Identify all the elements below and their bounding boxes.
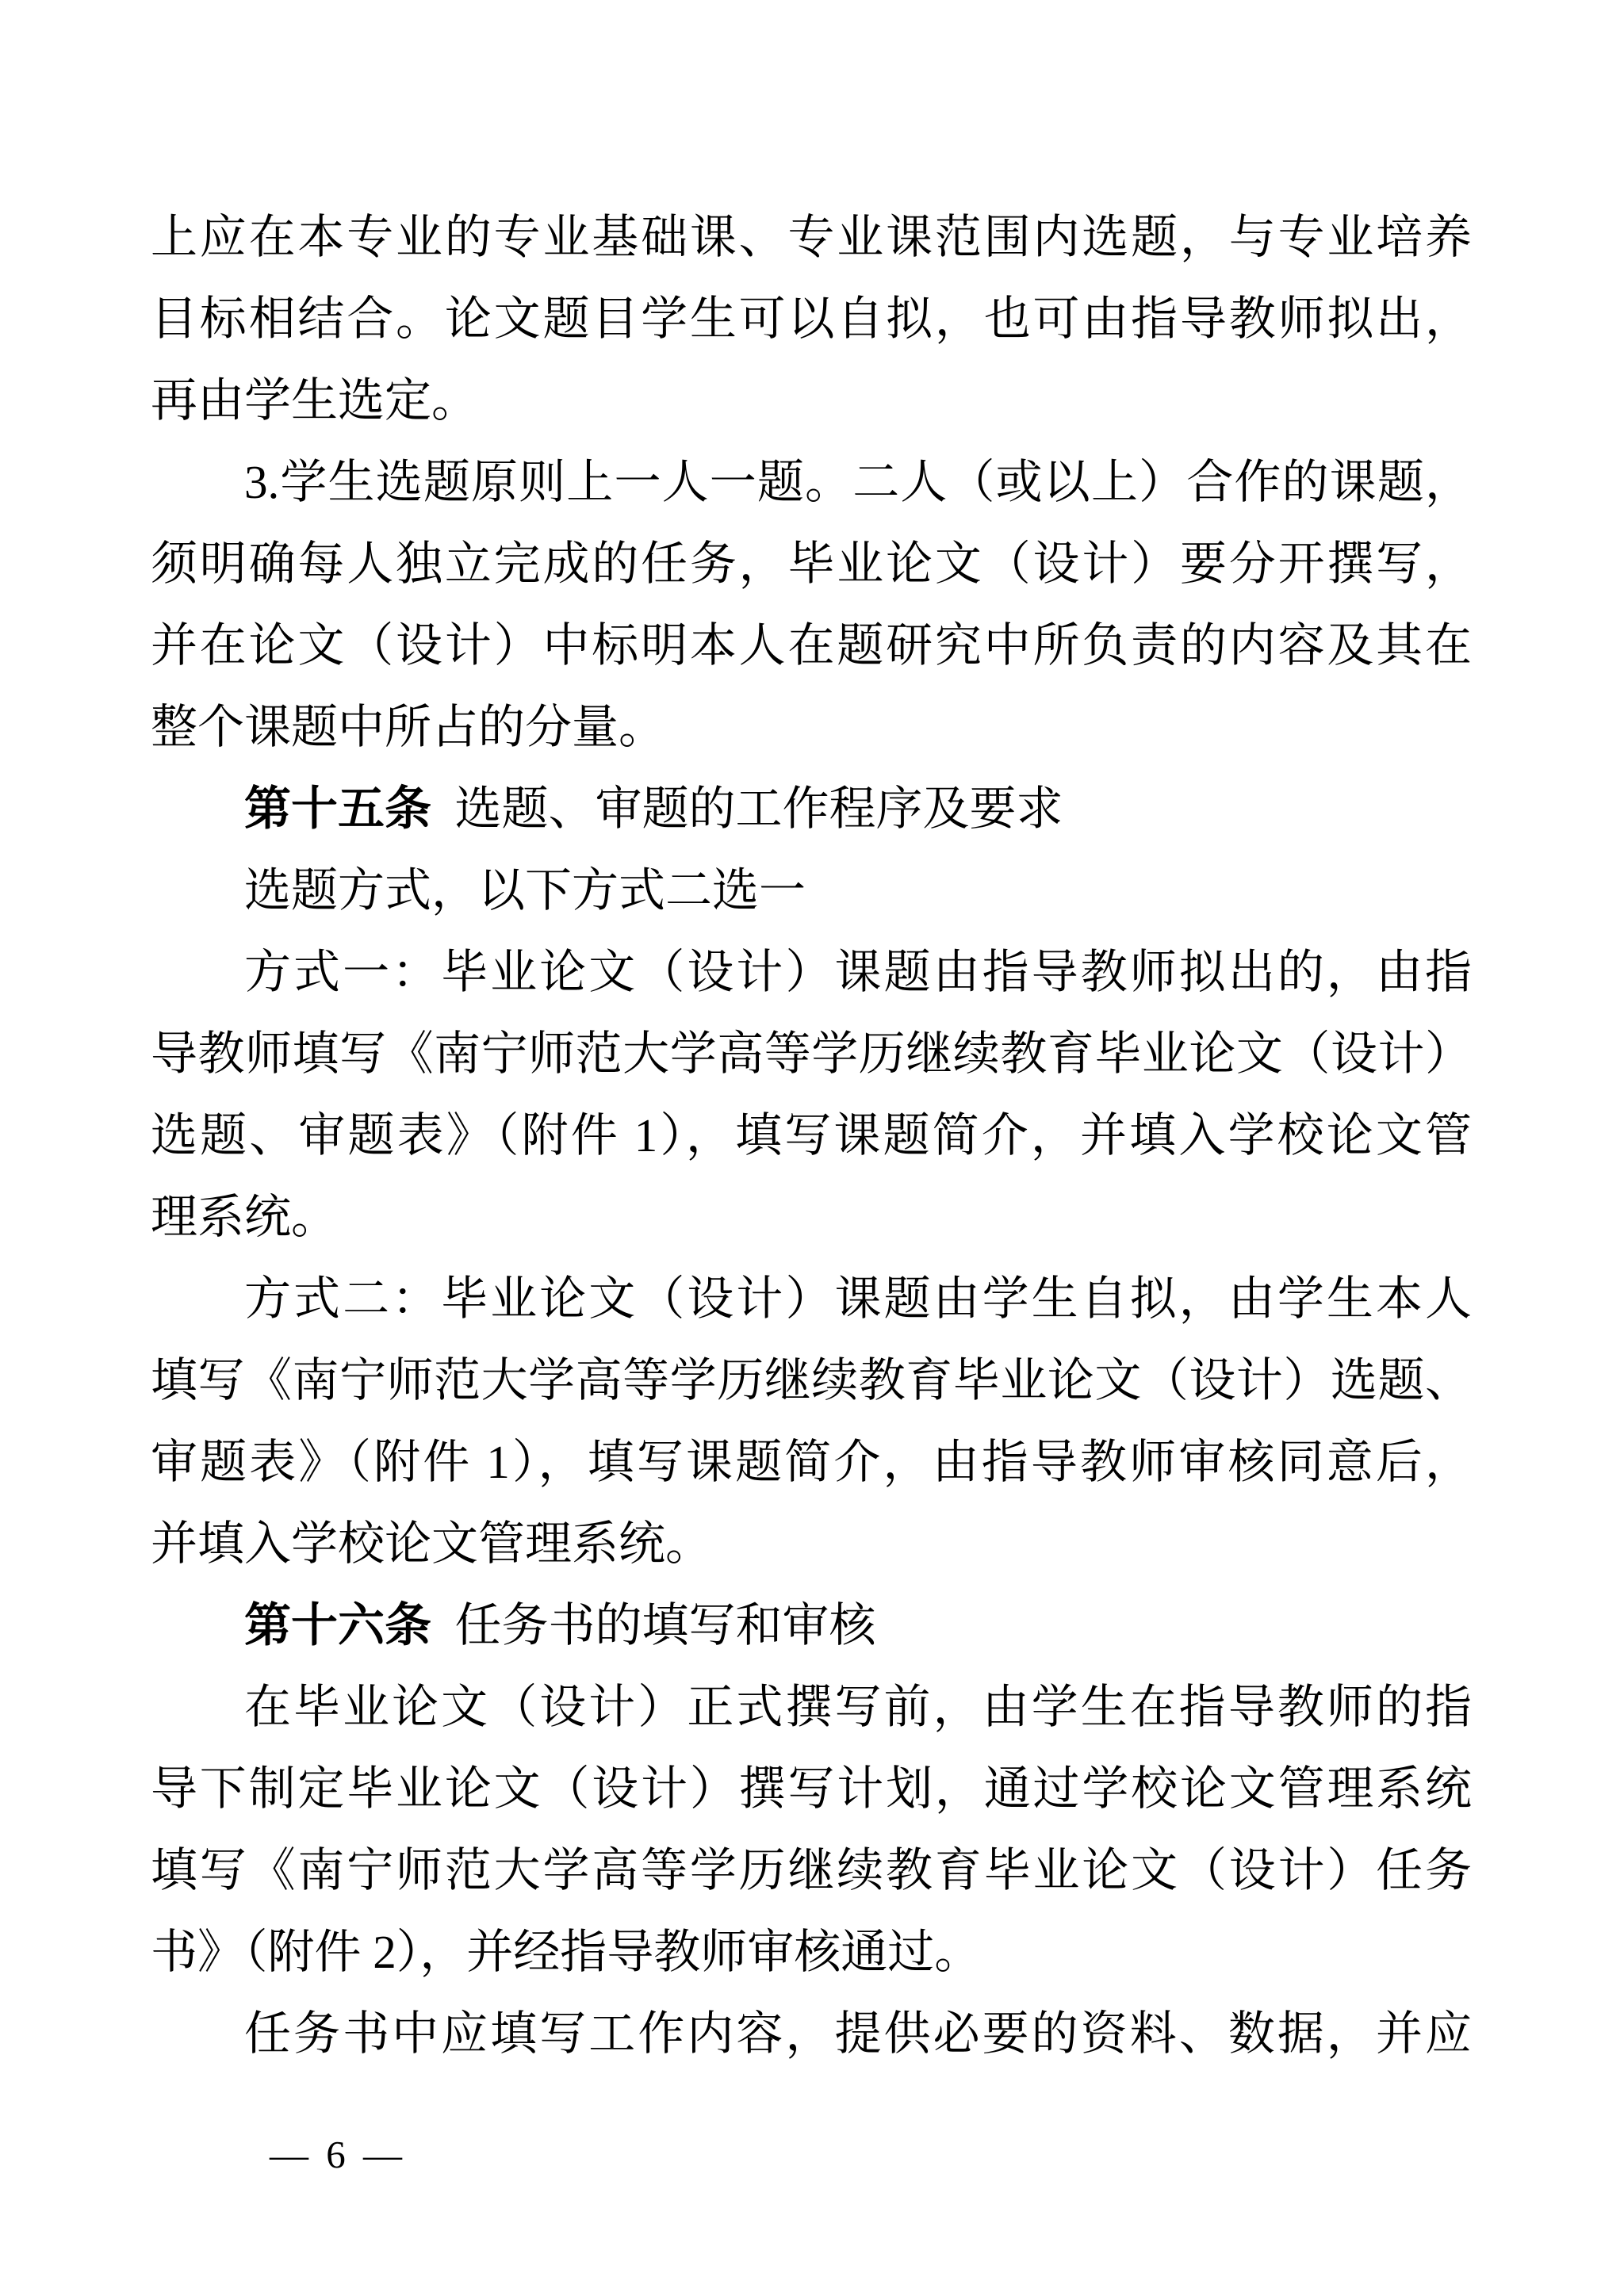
text-line: 方式一：毕业论文（设计）课题由指导教师拟出的，由指 bbox=[151, 932, 1472, 1013]
text-line: 上应在本专业的专业基础课、专业课范围内选题，与专业培养 bbox=[151, 197, 1472, 278]
text-line: 并填入学校论文管理系统。 bbox=[151, 1503, 1472, 1585]
text-line: 选题方式，以下方式二选一 bbox=[151, 850, 1472, 932]
line-text: 上应在本专业的专业基础课、专业课范围内选题，与专业培养 bbox=[151, 211, 1472, 263]
line-text: 书》（附件 2），并经指导教师审核通过。 bbox=[151, 1926, 981, 1978]
text-block: 上应在本专业的专业基础课、专业课范围内选题，与专业培养 目标相结合。论文题目学生… bbox=[151, 197, 1472, 2075]
section-heading-16: 第十六条任务书的填写和审核 bbox=[151, 1585, 1472, 1667]
line-text: 填写《南宁师范大学高等学历继续教育毕业论文（设计）选题、 bbox=[151, 1354, 1472, 1406]
line-text: 在毕业论文（设计）正式撰写前，由学生在指导教师的指 bbox=[244, 1681, 1472, 1733]
line-text: 方式一：毕业论文（设计）课题由指导教师拟出的，由指 bbox=[244, 946, 1472, 998]
text-line: 目标相结合。论文题目学生可以自拟，也可由指导教师拟出， bbox=[151, 278, 1472, 360]
line-text: 并填入学校论文管理系统。 bbox=[151, 1517, 712, 1570]
heading-number: 第十六条 bbox=[244, 1599, 431, 1651]
text-line: 导教师填写《南宁师范大学高等学历继续教育毕业论文（设计） bbox=[151, 1013, 1472, 1095]
heading-number: 第十五条 bbox=[244, 783, 431, 835]
text-line: 理系统。 bbox=[151, 1177, 1472, 1258]
text-line: 导下制定毕业论文（设计）撰写计划，通过学校论文管理系统 bbox=[151, 1748, 1472, 1830]
text-line: 填写《南宁师范大学高等学历继续教育毕业论文（设计）选题、 bbox=[151, 1340, 1472, 1422]
text-line: 书》（附件 2），并经指导教师审核通过。 bbox=[151, 1911, 1472, 1993]
line-text: 目标相结合。论文题目学生可以自拟，也可由指导教师拟出， bbox=[151, 293, 1472, 345]
text-line: 再由学生选定。 bbox=[151, 360, 1472, 442]
text-line: 填写《南宁师范大学高等学历继续教育毕业论文（设计）任务 bbox=[151, 1830, 1472, 1911]
line-text: 整个课题中所占的分量。 bbox=[151, 701, 665, 753]
line-text: 3.学生选题原则上一人一题。二人（或以上）合作的课题， bbox=[244, 456, 1472, 508]
text-line: 任务书中应填写工作内容，提供必要的资料、数据，并应 bbox=[151, 1993, 1472, 2075]
text-line: 并在论文（设计）中标明本人在题研究中所负责的内容及其在 bbox=[151, 605, 1472, 687]
text-line: 须明确每人独立完成的任务，毕业论文（设计）要分开撰写， bbox=[151, 523, 1472, 605]
text-line: 选题、审题表》（附件 1），填写课题简介，并填入学校论文管 bbox=[151, 1095, 1472, 1177]
text-line: 方式二：毕业论文（设计）课题由学生自拟，由学生本人 bbox=[151, 1258, 1472, 1340]
line-text: 方式二：毕业论文（设计）课题由学生自拟，由学生本人 bbox=[244, 1272, 1472, 1325]
line-text: 选题、审题表》（附件 1），填写课题简介，并填入学校论文管 bbox=[151, 1109, 1472, 1161]
line-text: 导下制定毕业论文（设计）撰写计划，通过学校论文管理系统 bbox=[151, 1762, 1472, 1815]
line-text: 并在论文（设计）中标明本人在题研究中所负责的内容及其在 bbox=[151, 619, 1472, 672]
text-line: 审题表》（附件 1），填写课题简介，由指导教师审核同意后， bbox=[151, 1422, 1472, 1503]
section-heading-15: 第十五条选题、审题的工作程序及要求 bbox=[151, 768, 1472, 850]
line-text: 任务书中应填写工作内容，提供必要的资料、数据，并应 bbox=[244, 2007, 1472, 2060]
page-number: — 6 — bbox=[270, 2131, 406, 2179]
text-line: 在毕业论文（设计）正式撰写前，由学生在指导教师的指 bbox=[151, 1667, 1472, 1748]
text-line: 整个课题中所占的分量。 bbox=[151, 687, 1472, 768]
line-text: 填写《南宁师范大学高等学历继续教育毕业论文（设计）任务 bbox=[151, 1844, 1472, 1896]
line-text: 再由学生选定。 bbox=[151, 374, 478, 427]
heading-title: 任务书的填写和审核 bbox=[455, 1599, 876, 1651]
line-text: 导教师填写《南宁师范大学高等学历继续教育毕业论文（设计） bbox=[151, 1027, 1472, 1080]
line-text: 选题方式，以下方式二选一 bbox=[244, 864, 806, 916]
heading-title: 选题、审题的工作程序及要求 bbox=[455, 783, 1063, 835]
text-line: 3.学生选题原则上一人一题。二人（或以上）合作的课题， bbox=[151, 442, 1472, 523]
line-text: 理系统。 bbox=[151, 1191, 338, 1243]
document-page: 上应在本专业的专业基础课、专业课范围内选题，与专业培养 目标相结合。论文题目学生… bbox=[0, 0, 1624, 2296]
line-text: 审题表》（附件 1），填写课题简介，由指导教师审核同意后， bbox=[151, 1436, 1472, 1488]
line-text: 须明确每人独立完成的任务，毕业论文（设计）要分开撰写， bbox=[151, 538, 1472, 590]
